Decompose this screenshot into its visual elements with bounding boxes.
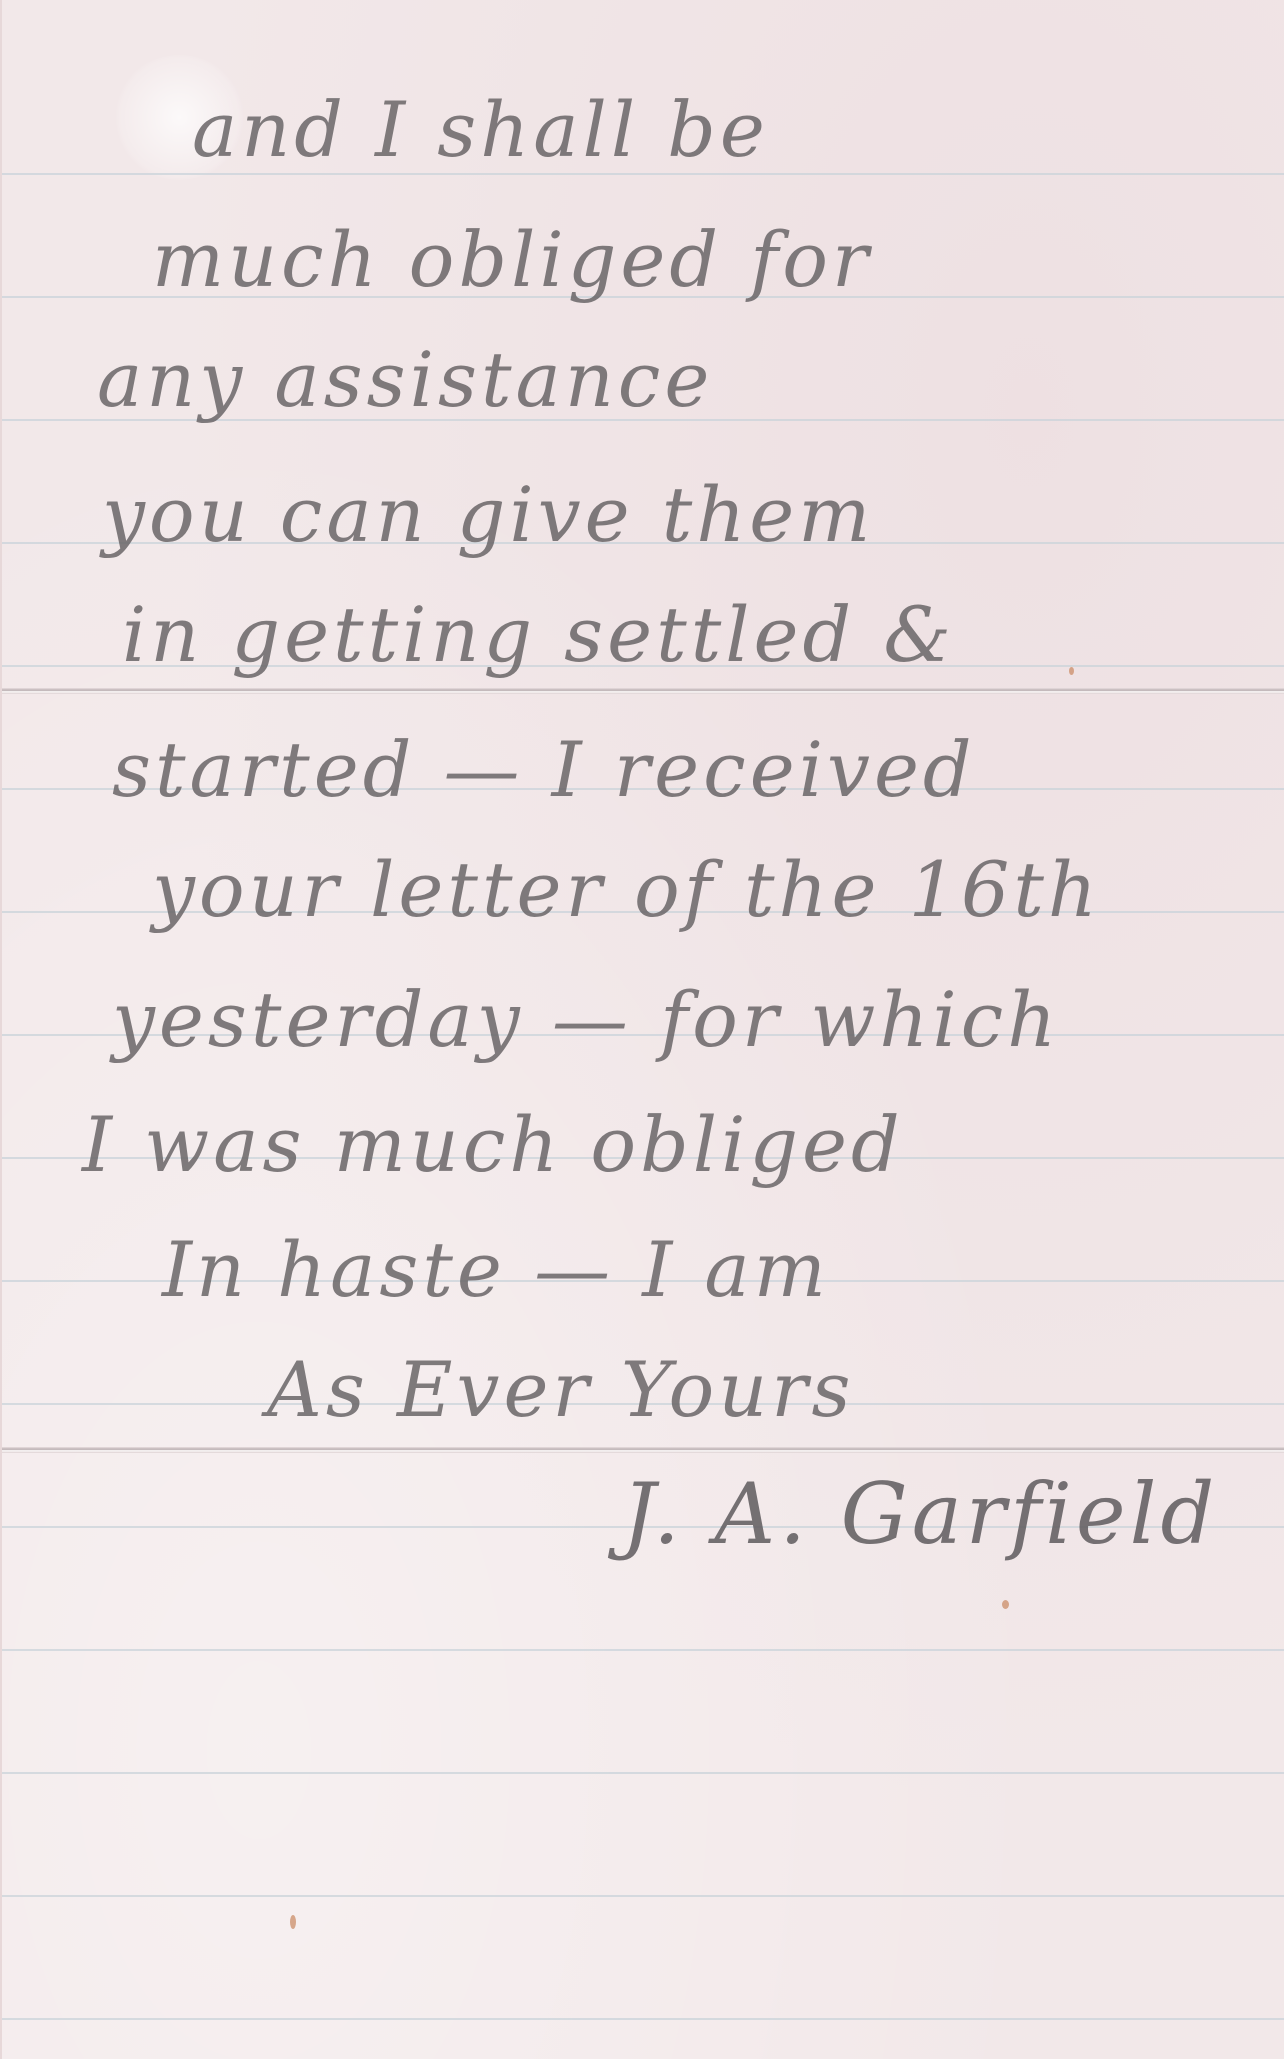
letter-line: started — I received: [112, 725, 976, 814]
fold-crease: [2, 1447, 1284, 1453]
letter-line: As Ever Yours: [267, 1345, 855, 1434]
ruled-line: [2, 1649, 1284, 1651]
letter-line: in getting settled &: [122, 590, 955, 679]
paper-stain: [1069, 667, 1074, 675]
letter-line: any assistance: [97, 335, 713, 424]
letter-line: I was much obliged: [82, 1100, 904, 1189]
letter-line: your letter of the 16th: [152, 845, 1101, 934]
paper-stain: [290, 1915, 296, 1929]
letter-line: and I shall be: [192, 85, 769, 174]
letter-line: In haste — I am: [162, 1225, 830, 1314]
paper-stain: [1002, 1600, 1009, 1609]
letter-line: much obliged for: [152, 215, 872, 304]
letter-page: and I shall be much obliged for any assi…: [0, 0, 1284, 2059]
letter-line: you can give them: [102, 470, 874, 559]
ruled-line: [2, 1895, 1284, 1897]
fold-crease: [2, 688, 1284, 694]
letter-line: yesterday — for which: [112, 975, 1060, 1064]
ruled-line: [2, 2018, 1284, 2020]
ruled-line: [2, 1772, 1284, 1774]
signature: J. A. Garfield: [622, 1465, 1218, 1563]
